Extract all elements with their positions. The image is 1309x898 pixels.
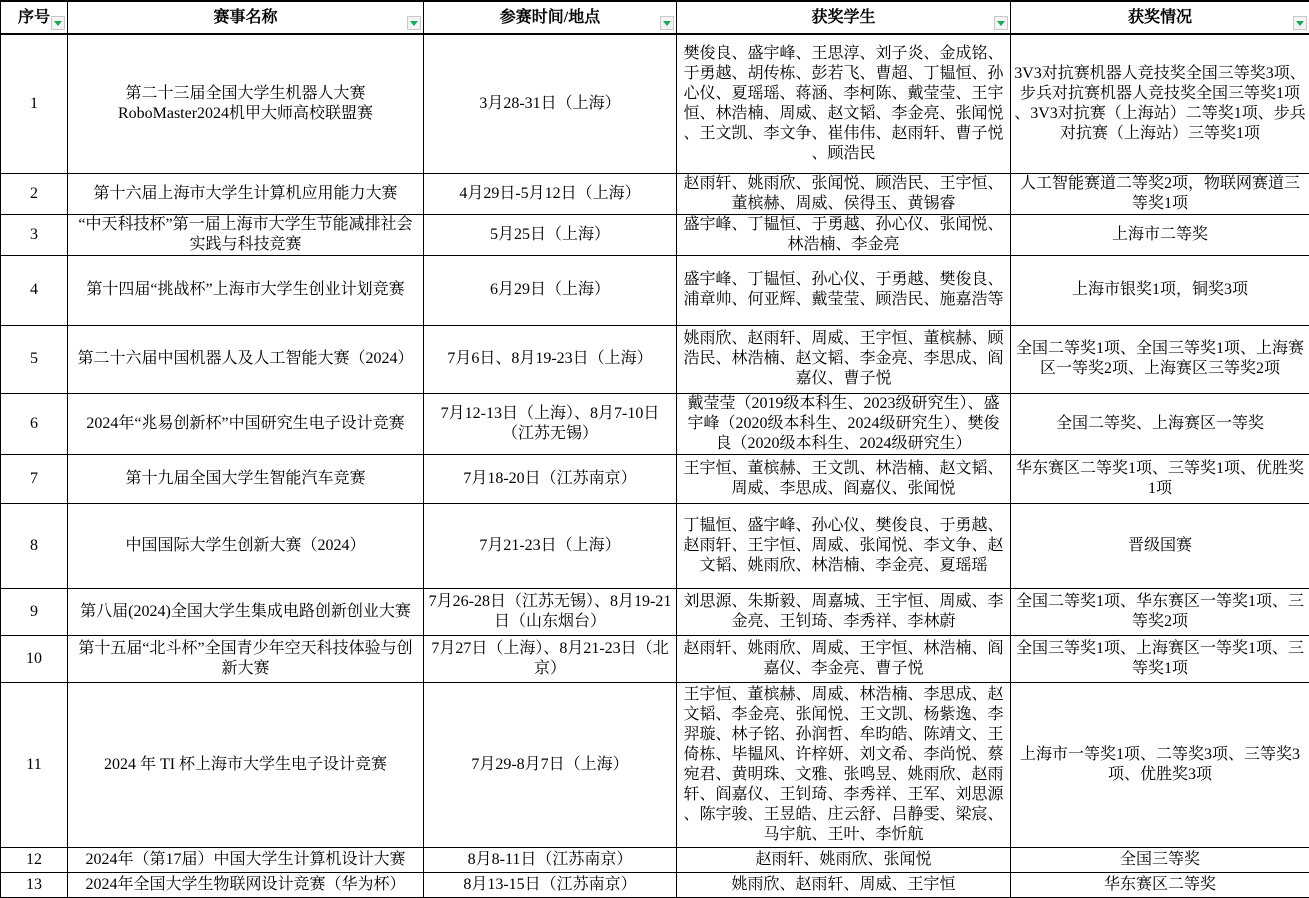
header-cell-students[interactable]: 获奖学生 [677, 1, 1011, 34]
event-name-cell[interactable]: 第八届(2024)全国大学生集成电路创新创业大赛 [68, 588, 424, 635]
awards-cell[interactable]: 华东赛区二等奖1项、三等奖1项、优胜奖1项 [1011, 454, 1309, 503]
header-cell-event-name[interactable]: 赛事名称 [68, 1, 424, 34]
time-location-cell[interactable]: 7月21-23日（上海） [424, 503, 677, 588]
event-name-cell[interactable]: 2024年（第17届）中国大学生计算机设计大赛 [68, 847, 424, 872]
header-cell-index[interactable]: 序号 [1, 1, 68, 34]
table-row: 122024年（第17届）中国大学生计算机设计大赛8月8-11日（江苏南京）赵雨… [1, 847, 1309, 872]
table-row: 62024年“兆易创新杯”中国研究生电子设计竞赛7月12-13日（上海）、8月7… [1, 393, 1309, 454]
table-body: 1第二十三届全国大学生机器人大赛RoboMaster2024机甲大师高校联盟赛3… [1, 34, 1309, 897]
students-cell[interactable]: 丁韫恒、盛宇峰、孙心仪、樊俊良、于勇越、赵雨轩、王宇恒、周威、张闻悦、李文争、赵… [677, 503, 1011, 588]
spreadsheet-area: 序号 赛事名称 参赛时间/地点 获奖学生 获奖情况 [0, 0, 1309, 898]
table-row: 3“中天科技杯”第一届上海市大学生节能减排社会实践与科技竞赛5月25日（上海）盛… [1, 214, 1309, 255]
students-cell[interactable]: 姚雨欣、赵雨轩、周威、王宇恒 [677, 872, 1011, 897]
row-number-cell[interactable]: 1 [1, 34, 68, 173]
header-cell-time-location[interactable]: 参赛时间/地点 [424, 1, 677, 34]
students-cell[interactable]: 樊俊良、盛宇峰、王思淳、刘子炎、金成铭、于勇越、胡传栋、彭若飞、曹超、丁韫恒、孙… [677, 34, 1011, 173]
time-location-cell[interactable]: 7月12-13日（上海）、8月7-10日（江苏无锡） [424, 393, 677, 454]
table-row: 4第十四届“挑战杯”上海市大学生创业计划竞赛6月29日（上海）盛宇峰、丁韫恒、孙… [1, 255, 1309, 325]
time-location-cell[interactable]: 6月29日（上海） [424, 255, 677, 325]
awards-cell[interactable]: 全国二等奖1项、华东赛区一等奖1项、三等奖2项 [1011, 588, 1309, 635]
event-name-cell[interactable]: 2024年“兆易创新杯”中国研究生电子设计竞赛 [68, 393, 424, 454]
awards-cell[interactable]: 全国二等奖1项、全国三等奖1项、上海赛区一等奖2项、上海赛区三等奖2项 [1011, 325, 1309, 393]
time-location-cell[interactable]: 3月28-31日（上海） [424, 34, 677, 173]
header-label-event-name: 赛事名称 [213, 9, 277, 26]
event-name-cell[interactable]: 中国国际大学生创新大赛（2024） [68, 503, 424, 588]
filter-dropdown-icon [997, 21, 1005, 26]
students-cell[interactable]: 戴莹莹（2019级本科生、2023级研究生）、盛宇峰（2020级本科生、2024… [677, 393, 1011, 454]
table-row: 9第八届(2024)全国大学生集成电路创新创业大赛7月26-28日（江苏无锡）、… [1, 588, 1309, 635]
row-number-cell[interactable]: 7 [1, 454, 68, 503]
time-location-cell[interactable]: 8月13-15日（江苏南京） [424, 872, 677, 897]
header-label-awards: 获奖情况 [1128, 9, 1192, 26]
time-location-cell[interactable]: 5月25日（上海） [424, 214, 677, 255]
filter-dropdown-icon [663, 21, 671, 26]
time-location-cell[interactable]: 7月27日（上海）、8月21-23日（北京） [424, 635, 677, 682]
awards-cell[interactable]: 全国三等奖 [1011, 847, 1309, 872]
row-number-cell[interactable]: 3 [1, 214, 68, 255]
time-location-cell[interactable]: 7月26-28日（江苏无锡）、8月19-21日（山东烟台） [424, 588, 677, 635]
table-row: 10第十五届“北斗杯”全国青少年空天科技体验与创新大赛7月27日（上海）、8月2… [1, 635, 1309, 682]
filter-button[interactable] [1293, 16, 1307, 30]
table-row: 8中国国际大学生创新大赛（2024）7月21-23日（上海）丁韫恒、盛宇峰、孙心… [1, 503, 1309, 588]
table-row: 5第二十六届中国机器人及人工智能大赛（2024）7月6日、8月19-23日（上海… [1, 325, 1309, 393]
header-label-time-location: 参赛时间/地点 [500, 9, 600, 26]
awards-cell[interactable]: 全国二等奖、上海赛区一等奖 [1011, 393, 1309, 454]
event-name-cell[interactable]: 第二十六届中国机器人及人工智能大赛（2024） [68, 325, 424, 393]
time-location-cell[interactable]: 7月18-20日（江苏南京） [424, 454, 677, 503]
time-location-cell[interactable]: 4月29日-5月12日（上海） [424, 173, 677, 214]
awards-cell[interactable]: 上海市一等奖1项、二等奖3项、三等奖3项、优胜奖3项 [1011, 682, 1309, 847]
time-location-cell[interactable]: 8月8-11日（江苏南京） [424, 847, 677, 872]
students-cell[interactable]: 王宇恒、董槟赫、王文凯、林浩楠、赵文韬、周威、李思成、阎嘉仪、张闻悦 [677, 454, 1011, 503]
time-location-cell[interactable]: 7月6日、8月19-23日（上海） [424, 325, 677, 393]
event-name-cell[interactable]: 第十五届“北斗杯”全国青少年空天科技体验与创新大赛 [68, 635, 424, 682]
time-location-cell[interactable]: 7月29-8月7日（上海） [424, 682, 677, 847]
row-number-cell[interactable]: 2 [1, 173, 68, 214]
filter-dropdown-icon [54, 21, 62, 26]
awards-cell[interactable]: 3V3对抗赛机器人竞技奖全国三等奖3项、步兵对抗赛机器人竞技奖全国三等奖1项、3… [1011, 34, 1309, 173]
header-label-index: 序号 [18, 9, 50, 26]
students-cell[interactable]: 盛宇峰、丁韫恒、于勇越、孙心仪、张闻悦、林浩楠、李金亮 [677, 214, 1011, 255]
table-row: 1第二十三届全国大学生机器人大赛RoboMaster2024机甲大师高校联盟赛3… [1, 34, 1309, 173]
row-number-cell[interactable]: 9 [1, 588, 68, 635]
event-name-cell[interactable]: 第十六届上海市大学生计算机应用能力大赛 [68, 173, 424, 214]
row-number-cell[interactable]: 13 [1, 872, 68, 897]
row-number-cell[interactable]: 12 [1, 847, 68, 872]
students-cell[interactable]: 赵雨轩、姚雨欣、周威、王宇恒、林浩楠、阎嘉仪、李金亮、曹子悦 [677, 635, 1011, 682]
row-number-cell[interactable]: 8 [1, 503, 68, 588]
event-name-cell[interactable]: 2024年全国大学生物联网设计竞赛（华为杯） [68, 872, 424, 897]
students-cell[interactable]: 赵雨轩、姚雨欣、张闻悦 [677, 847, 1011, 872]
filter-button[interactable] [994, 16, 1008, 30]
row-number-cell[interactable]: 6 [1, 393, 68, 454]
table-row: 7第十九届全国大学生智能汽车竞赛7月18-20日（江苏南京）王宇恒、董槟赫、王文… [1, 454, 1309, 503]
header-label-students: 获奖学生 [811, 9, 875, 26]
filter-button[interactable] [407, 16, 421, 30]
row-number-cell[interactable]: 4 [1, 255, 68, 325]
event-name-cell[interactable]: 第十九届全国大学生智能汽车竞赛 [68, 454, 424, 503]
awards-cell[interactable]: 上海市银奖1项，铜奖3项 [1011, 255, 1309, 325]
students-cell[interactable]: 王宇恒、董槟赫、周威、林浩楠、李思成、赵文韬、李金亮、张闻悦、王文凯、杨紫逸、李… [677, 682, 1011, 847]
students-cell[interactable]: 姚雨欣、赵雨轩、周威、王宇恒、董槟赫、顾浩民、林浩楠、赵文韬、李金亮、李思成、阎… [677, 325, 1011, 393]
event-name-cell[interactable]: 2024 年 TI 杯上海市大学生电子设计竞赛 [68, 682, 424, 847]
awards-cell[interactable]: 人工智能赛道二等奖2项，物联网赛道三等奖1项 [1011, 173, 1309, 214]
event-name-cell[interactable]: “中天科技杯”第一届上海市大学生节能减排社会实践与科技竞赛 [68, 214, 424, 255]
awards-cell[interactable]: 全国三等奖1项、上海赛区一等奖1项、三等奖1项 [1011, 635, 1309, 682]
header-cell-awards[interactable]: 获奖情况 [1011, 1, 1309, 34]
awards-cell[interactable]: 华东赛区二等奖 [1011, 872, 1309, 897]
students-cell[interactable]: 赵雨轩、姚雨欣、张闻悦、顾浩民、王宇恒、董槟赫、周威、侯得玉、黄锡睿 [677, 173, 1011, 214]
table-header-row: 序号 赛事名称 参赛时间/地点 获奖学生 获奖情况 [1, 1, 1309, 34]
table-row: 112024 年 TI 杯上海市大学生电子设计竞赛7月29-8月7日（上海）王宇… [1, 682, 1309, 847]
filter-dropdown-icon [1296, 21, 1304, 26]
filter-button[interactable] [660, 16, 674, 30]
event-name-cell[interactable]: 第十四届“挑战杯”上海市大学生创业计划竞赛 [68, 255, 424, 325]
row-number-cell[interactable]: 11 [1, 682, 68, 847]
event-name-cell[interactable]: 第二十三届全国大学生机器人大赛RoboMaster2024机甲大师高校联盟赛 [68, 34, 424, 173]
table-row: 132024年全国大学生物联网设计竞赛（华为杯）8月13-15日（江苏南京）姚雨… [1, 872, 1309, 897]
awards-cell[interactable]: 晋级国赛 [1011, 503, 1309, 588]
students-cell[interactable]: 刘思源、朱斯毅、周嘉城、王宇恒、周威、李金亮、王钊琦、李秀祥、李林蔚 [677, 588, 1011, 635]
row-number-cell[interactable]: 5 [1, 325, 68, 393]
row-number-cell[interactable]: 10 [1, 635, 68, 682]
filter-dropdown-icon [410, 21, 418, 26]
filter-button[interactable] [51, 16, 65, 30]
students-cell[interactable]: 盛宇峰、丁韫恒、孙心仪、于勇越、樊俊良、浦章帅、何亚辉、戴莹莹、顾浩民、施嘉浩等 [677, 255, 1011, 325]
table-row: 2第十六届上海市大学生计算机应用能力大赛4月29日-5月12日（上海）赵雨轩、姚… [1, 173, 1309, 214]
awards-cell[interactable]: 上海市二等奖 [1011, 214, 1309, 255]
awards-table: 序号 赛事名称 参赛时间/地点 获奖学生 获奖情况 [0, 0, 1309, 898]
